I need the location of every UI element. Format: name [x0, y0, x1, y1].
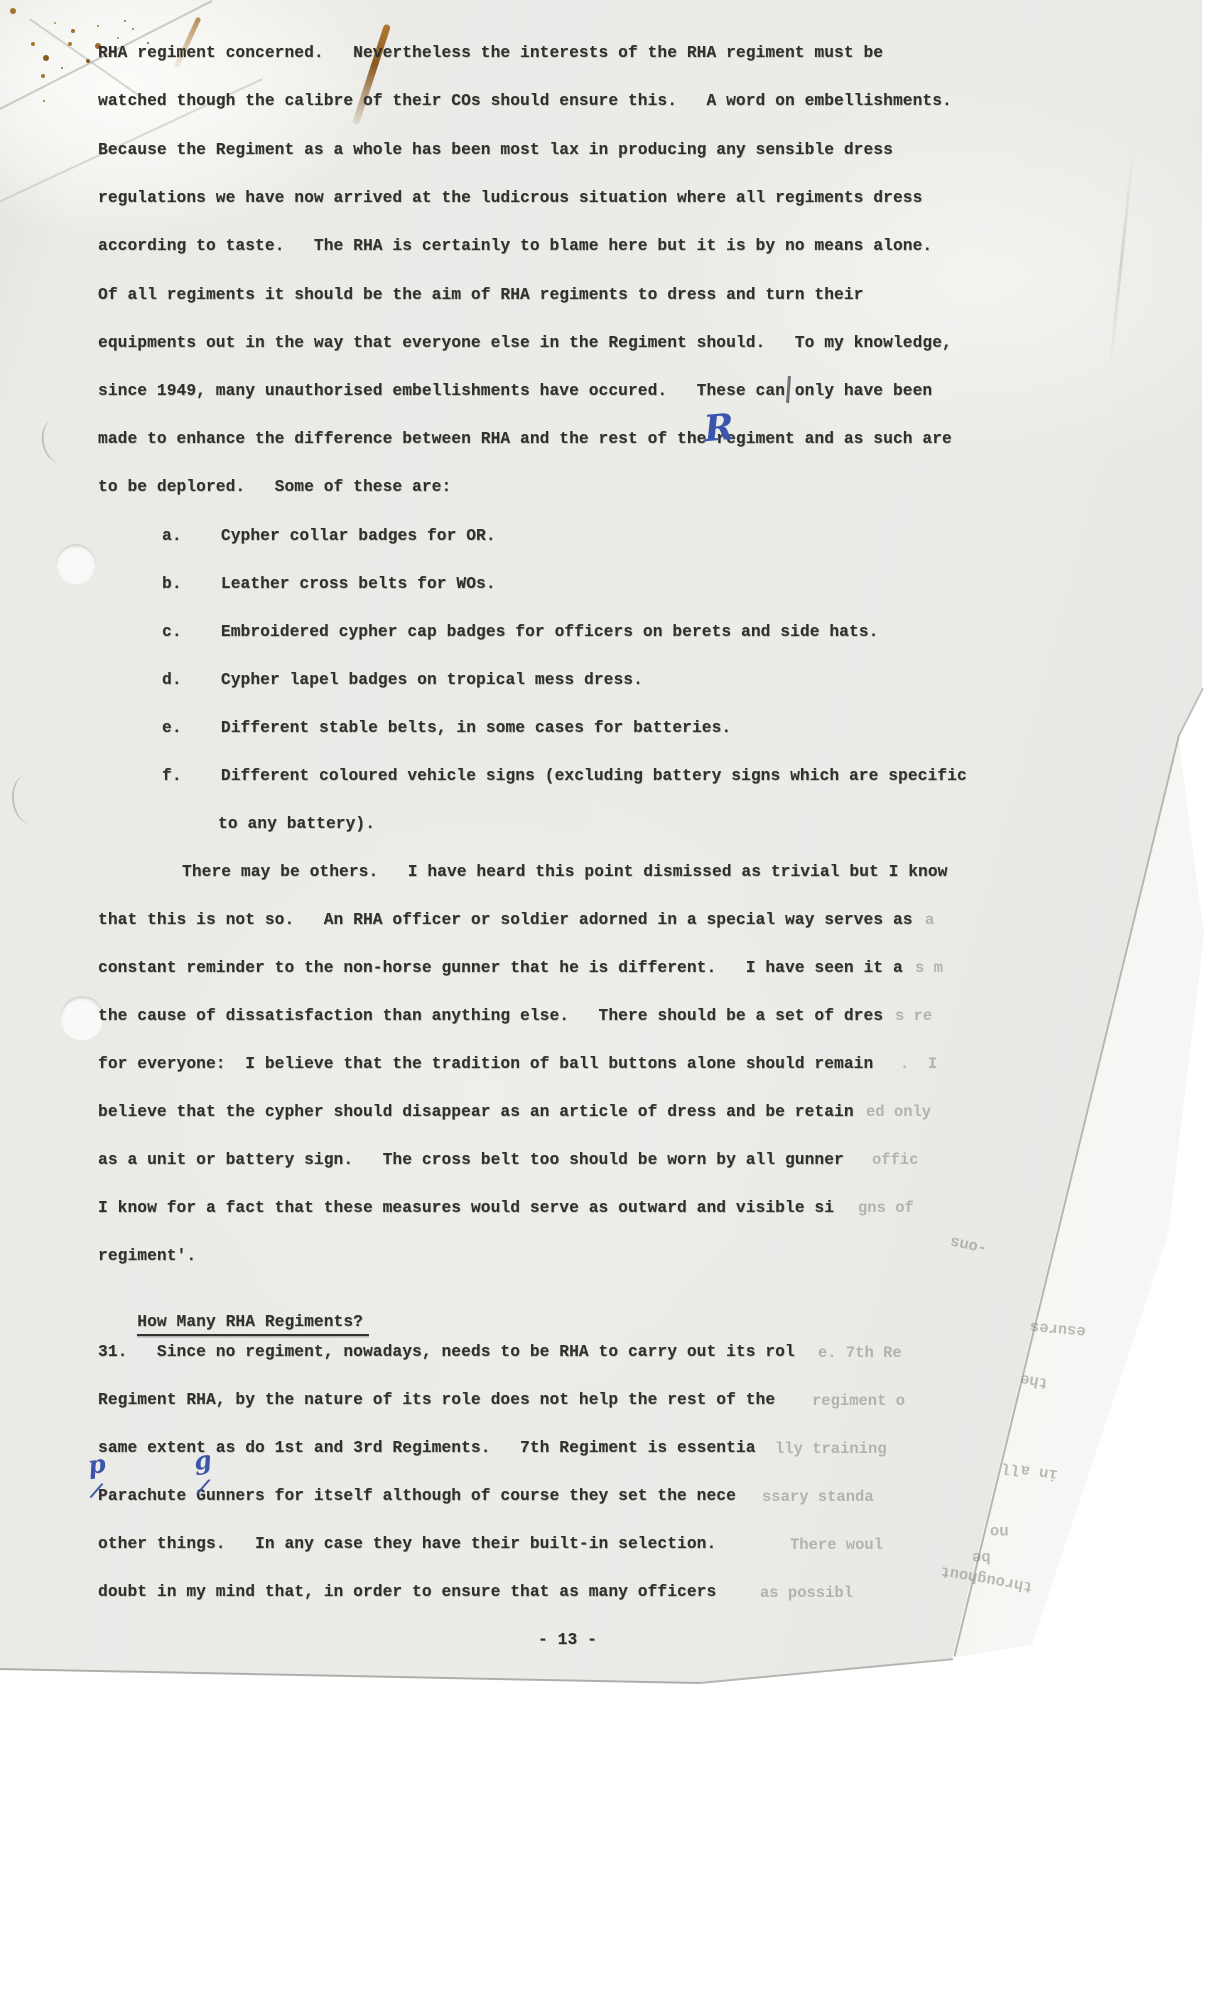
typed-line: Parachute Gunners for itself although of…	[98, 1487, 736, 1505]
typed-line: b. Leather cross belts for WOs.	[162, 575, 496, 593]
typed-line: c. Embroidered cypher cap badges for off…	[162, 623, 878, 641]
typed-line: doubt in my mind that, in order to ensur…	[98, 1583, 716, 1601]
ghost-text-fragment: e. 7th Re	[818, 1344, 902, 1362]
typed-line: Regiment RHA, by the nature of its role …	[98, 1391, 775, 1409]
ghost-text-fragment: gns of	[858, 1199, 914, 1217]
ghost-text-fragment: be	[972, 1548, 991, 1566]
ghost-text-fragment: lly training	[775, 1440, 887, 1458]
rust-stain-cluster	[10, 8, 16, 14]
typed-line: constant reminder to the non-horse gunne…	[98, 959, 903, 977]
ghost-text-fragment: There woul	[790, 1536, 883, 1554]
typed-line: that this is not so. An RHA officer or s…	[98, 911, 913, 929]
crumpled-corner-highlight	[0, 0, 400, 250]
handwritten-correction: R	[702, 409, 735, 447]
typed-line: f. Different coloured vehicle signs (exc…	[162, 767, 967, 785]
typed-line: Because the Regiment as a whole has been…	[98, 141, 893, 159]
ghost-text-fragment: no	[990, 1522, 1009, 1540]
typed-line: other things. In any case they have thei…	[98, 1535, 716, 1553]
scanned-document-page: RHA regiment concerned. Nevertheless the…	[0, 0, 1208, 1989]
typed-line: I know for a fact that these measures wo…	[98, 1199, 834, 1217]
ghost-text-fragment: offic	[872, 1151, 919, 1169]
handwritten-correction: g	[192, 1447, 213, 1474]
typed-line: There may be others. I have heard this p…	[182, 863, 948, 881]
ghost-text-fragment: s m	[915, 959, 943, 977]
typed-line: to any battery).	[218, 815, 375, 833]
typed-line: as a unit or battery sign. The cross bel…	[98, 1151, 844, 1169]
ghost-text-fragment: regiment o	[812, 1392, 905, 1410]
typed-line: equipments out in the way that everyone …	[98, 334, 952, 352]
punch-hole	[56, 544, 96, 584]
typed-line: regulations we have now arrived at the l…	[98, 189, 922, 207]
typed-line: since 1949, many unauthorised embellishm…	[98, 382, 932, 400]
ghost-text-fragment: ssary standa	[762, 1488, 874, 1506]
ghost-text-fragment: ed only	[866, 1103, 931, 1121]
typed-line: e. Different stable belts, in some cases…	[162, 719, 731, 737]
typed-line: made to enhance the difference between R…	[98, 430, 952, 448]
section-heading-text: How Many RHA Regiments?	[137, 1313, 369, 1336]
typed-line: believe that the cypher should disappear…	[98, 1103, 854, 1121]
typed-line: the cause of dissatisfaction than anythi…	[98, 1007, 883, 1025]
ghost-text-fragment: as possibl	[760, 1584, 853, 1602]
typed-line: to be deplored. Some of these are:	[98, 478, 451, 496]
handwritten-correction: p	[86, 1451, 107, 1478]
ghost-text-fragment: a	[925, 911, 934, 929]
typed-line: for everyone: I believe that the traditi…	[98, 1055, 873, 1073]
section-heading: How Many RHA Regiments?	[98, 1295, 369, 1349]
typed-line: Of all regiments it should be the aim of…	[98, 286, 864, 304]
typed-line: watched though the calibre of their COs …	[98, 92, 952, 110]
ghost-text-fragment: . I	[900, 1055, 937, 1073]
typed-line: a. Cypher collar badges for OR.	[162, 527, 496, 545]
typed-line: RHA regiment concerned. Nevertheless the…	[98, 44, 883, 62]
typed-line: regiment'.	[98, 1247, 196, 1265]
typed-line: according to taste. The RHA is certainly…	[98, 237, 932, 255]
ghost-text-fragment: s re	[895, 1007, 932, 1025]
page-number: - 13 -	[538, 1631, 597, 1649]
typed-line: d. Cypher lapel badges on tropical mess …	[162, 671, 643, 689]
